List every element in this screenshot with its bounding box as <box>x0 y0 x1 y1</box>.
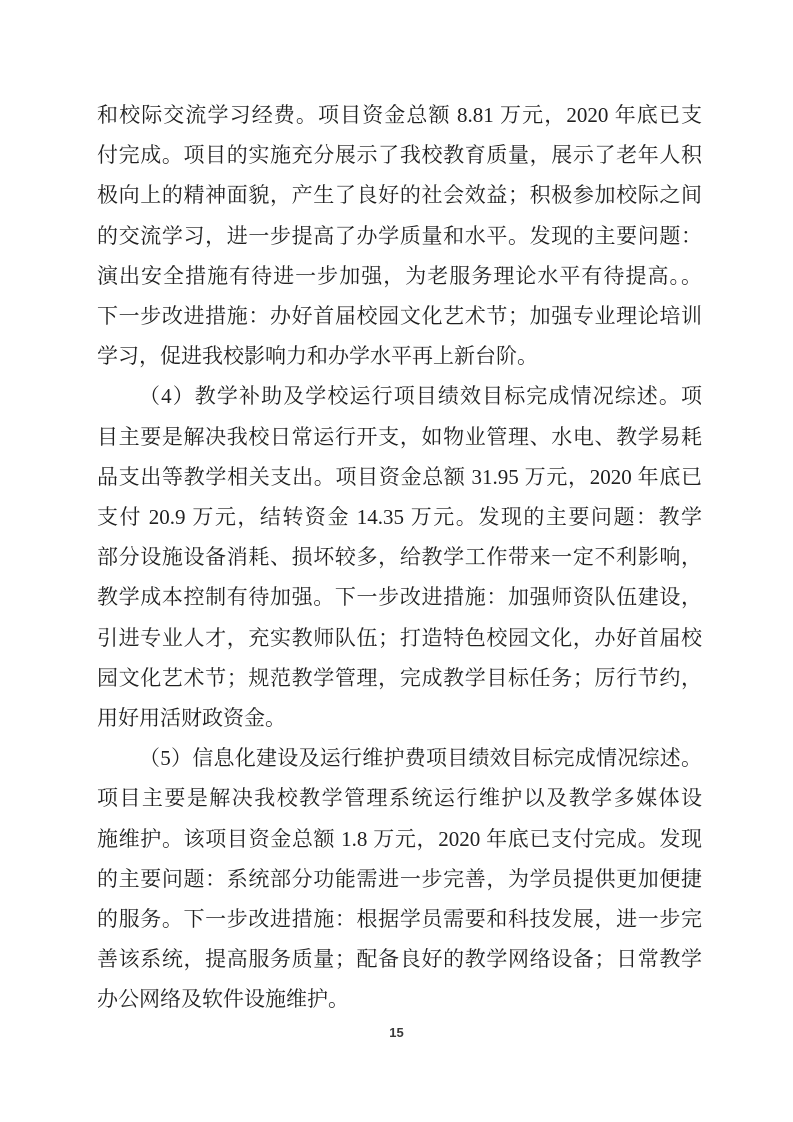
text-line: 的主要问题：系统部分功能需进一步完善，为学员提供更加便捷 <box>97 859 702 899</box>
body-text: 和校际交流学习经费。项目资金总额 8.81 万元，2020 年底已支 付完成。项… <box>97 95 702 1020</box>
text-line: 引进专业人才，充实教师队伍；打造特色校园文化，办好首届校 <box>97 618 702 658</box>
text-line: 善该系统，提高服务质量；配备良好的教学网络设备；日常教学 <box>97 939 702 979</box>
text-line: 的服务。下一步改进措施：根据学员需要和科技发展，进一步完 <box>97 899 702 939</box>
text-line: 用好用活财政资金。 <box>97 698 702 738</box>
text-line: 学习，促进我校影响力和办学水平再上新台阶。 <box>97 336 702 376</box>
text-line: 下一步改进措施：办好首届校园文化艺术节；加强专业理论培训 <box>97 296 702 336</box>
text-line: 目主要是解决我校日常运行开支，如物业管理、水电、教学易耗 <box>97 417 702 457</box>
text-line: 的交流学习，进一步提高了办学质量和水平。发现的主要问题： <box>97 216 702 256</box>
text-line: 施维护。该项目资金总额 1.8 万元，2020 年底已支付完成。发现 <box>97 819 702 859</box>
text-line: 教学成本控制有待加强。下一步改进措施：加强师资队伍建设， <box>97 577 702 617</box>
text-line: 品支出等教学相关支出。项目资金总额 31.95 万元，2020 年底已 <box>97 457 702 497</box>
text-line: 演出安全措施有待进一步加强，为老服务理论水平有待提高。。 <box>97 256 702 296</box>
text-line: 园文化艺术节；规范教学管理，完成教学目标任务；厉行节约， <box>97 658 702 698</box>
text-line: 和校际交流学习经费。项目资金总额 8.81 万元，2020 年底已支 <box>97 95 702 135</box>
text-line: 支付 20.9 万元，结转资金 14.35 万元。发现的主要问题：教学 <box>97 497 702 537</box>
paragraph: （5）信息化建设及运行维护费项目绩效目标完成情况综述。 项目主要是解决我校教学管… <box>97 738 702 1019</box>
text-line: 办公网络及软件设施维护。 <box>97 979 702 1019</box>
text-line: （4）教学补助及学校运行项目绩效目标完成情况综述。项 <box>97 376 702 416</box>
paragraph: 和校际交流学习经费。项目资金总额 8.81 万元，2020 年底已支 付完成。项… <box>97 95 702 376</box>
document-page: 和校际交流学习经费。项目资金总额 8.81 万元，2020 年底已支 付完成。项… <box>0 0 793 1122</box>
text-line: 付完成。项目的实施充分展示了我校教育质量，展示了老年人积 <box>97 135 702 175</box>
text-line: 部分设施设备消耗、损坏较多，给教学工作带来一定不利影响， <box>97 537 702 577</box>
text-line: （5）信息化建设及运行维护费项目绩效目标完成情况综述。 <box>97 738 702 778</box>
page-footer: 15 <box>0 1024 793 1042</box>
page-number: 15 <box>389 1025 403 1040</box>
text-line: 项目主要是解决我校教学管理系统运行维护以及教学多媒体设 <box>97 778 702 818</box>
text-line: 极向上的精神面貌，产生了良好的社会效益；积极参加校际之间 <box>97 175 702 215</box>
paragraph: （4）教学补助及学校运行项目绩效目标完成情况综述。项 目主要是解决我校日常运行开… <box>97 376 702 738</box>
